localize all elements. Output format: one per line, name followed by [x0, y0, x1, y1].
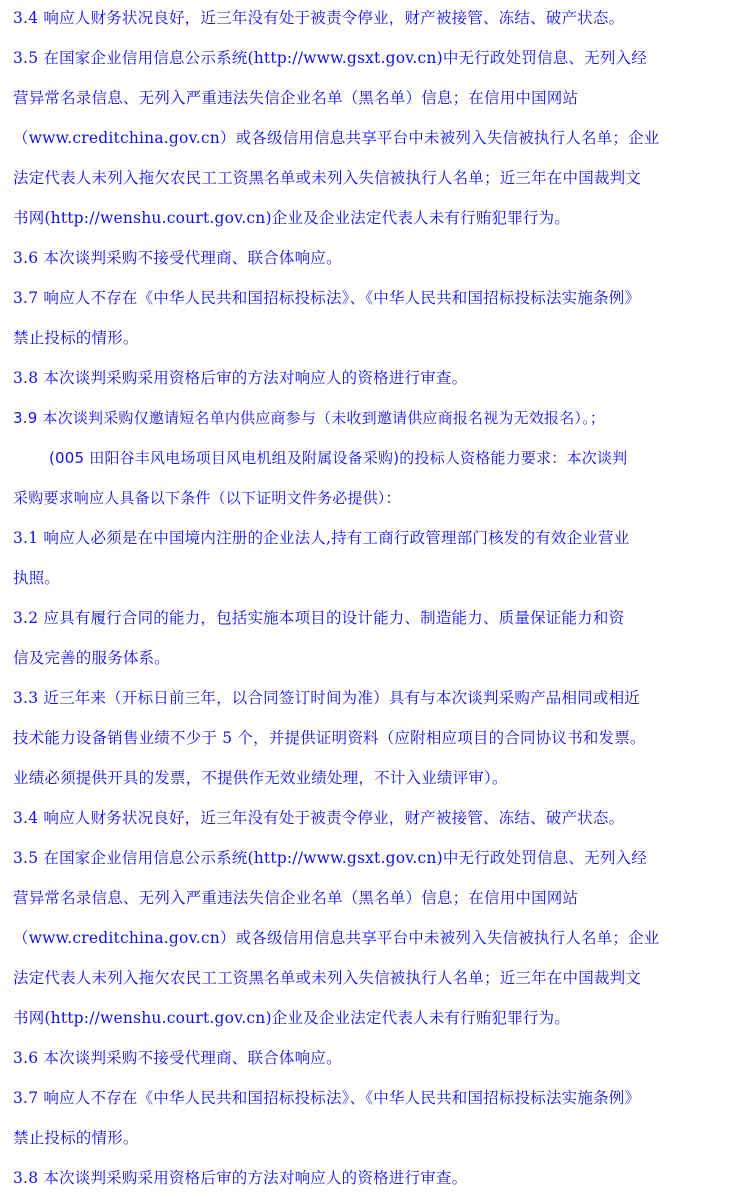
clause-3-9: 3.9 本次谈判采购仅邀请短名单内供应商参与（未收到邀请供应商报名视为无效报名）…: [13, 398, 725, 438]
text-line: 法定代表人未列入拖欠农民工工资黑名单或未列入失信被执行人名单；近三年在中国裁判文: [13, 158, 725, 198]
clause-3-1: 3.1 响应人必须是在中国境内注册的企业法人,持有工商行政管理部门核发的有效企业…: [13, 518, 725, 598]
text-line: 3.4 响应人财务状况良好，近三年没有处于被责令停业，财产被接管、冻结、破产状态…: [13, 0, 725, 38]
text-line: 3.7 响应人不存在《中华人民共和国招标投标法》、《中华人民共和国招标投标法实施…: [13, 278, 725, 318]
clause-3-4-lot-005: 3.4 响应人财务状况良好，近三年没有处于被责令停业，财产被接管、冻结、破产状态…: [13, 798, 725, 838]
text-line: （www.creditchina.gov.cn）或各级信用信息共享平台中未被列入…: [13, 118, 725, 158]
text-line: 信及完善的服务体系。: [13, 638, 725, 678]
text-line: 3.6 本次谈判采购不接受代理商、联合体响应。: [13, 238, 725, 278]
text-line: 禁止投标的情形。: [13, 1118, 725, 1158]
text-line: 业绩必须提供开具的发票，不提供作无效业绩处理，不计入业绩评审）。: [13, 758, 725, 798]
text-line: 3.5 在国家企业信用信息公示系统(http://www.gsxt.gov.cn…: [13, 838, 725, 878]
lot-005-requirements-intro: (005 田阳谷丰风电场项目风电机组及附属设备采购)的投标人资格能力要求：本次谈…: [13, 438, 725, 518]
clause-3-2: 3.2 应具有履行合同的能力，包括实施本项目的设计能力、制造能力、质量保证能力和…: [13, 598, 725, 678]
text-line: 禁止投标的情形。: [13, 318, 725, 358]
text-line: 3.6 本次谈判采购不接受代理商、联合体响应。: [13, 1038, 725, 1078]
text-line: 书网(http://wenshu.court.gov.cn)企业及企业法定代表人…: [13, 998, 725, 1038]
text-line: 3.8 本次谈判采购采用资格后审的方法对响应人的资格进行审查。: [13, 1158, 725, 1198]
clause-3-3: 3.3 近三年来（开标日前三年，以合同签订时间为准）具有与本次谈判采购产品相同或…: [13, 678, 725, 798]
clause-3-5-lot-005: 3.5 在国家企业信用信息公示系统(http://www.gsxt.gov.cn…: [13, 838, 725, 1038]
text-line: 3.3 近三年来（开标日前三年，以合同签订时间为准）具有与本次谈判采购产品相同或…: [13, 678, 725, 718]
text-line: 3.4 响应人财务状况良好，近三年没有处于被责令停业，财产被接管、冻结、破产状态…: [13, 798, 725, 838]
text-line: 书网(http://wenshu.court.gov.cn)企业及企业法定代表人…: [13, 198, 725, 238]
text-line: 执照。: [13, 558, 725, 598]
clause-3-7-lot-005: 3.7 响应人不存在《中华人民共和国招标投标法》、《中华人民共和国招标投标法实施…: [13, 1078, 725, 1158]
text-line: 3.9 本次谈判采购仅邀请短名单内供应商参与（未收到邀请供应商报名视为无效报名）…: [13, 398, 725, 438]
clause-3-6: 3.6 本次谈判采购不接受代理商、联合体响应。: [13, 238, 725, 278]
text-line: 3.5 在国家企业信用信息公示系统(http://www.gsxt.gov.cn…: [13, 38, 725, 78]
clause-3-7: 3.7 响应人不存在《中华人民共和国招标投标法》、《中华人民共和国招标投标法实施…: [13, 278, 725, 358]
clause-3-4: 3.4 响应人财务状况良好，近三年没有处于被责令停业，财产被接管、冻结、破产状态…: [13, 0, 725, 38]
clause-3-6-lot-005: 3.6 本次谈判采购不接受代理商、联合体响应。: [13, 1038, 725, 1078]
text-line: （www.creditchina.gov.cn）或各级信用信息共享平台中未被列入…: [13, 918, 725, 958]
text-line: 法定代表人未列入拖欠农民工工资黑名单或未列入失信被执行人名单；近三年在中国裁判文: [13, 958, 725, 998]
clause-3-8-lot-005: 3.8 本次谈判采购采用资格后审的方法对响应人的资格进行审查。: [13, 1158, 725, 1198]
text-line: 3.8 本次谈判采购采用资格后审的方法对响应人的资格进行审查。: [13, 358, 725, 398]
text-line: 营异常名录信息、无列入严重违法失信企业名单（黑名单）信息；在信用中国网站: [13, 878, 725, 918]
text-line: 3.2 应具有履行合同的能力，包括实施本项目的设计能力、制造能力、质量保证能力和…: [13, 598, 725, 638]
clause-3-8: 3.8 本次谈判采购采用资格后审的方法对响应人的资格进行审查。: [13, 358, 725, 398]
text-line: 3.7 响应人不存在《中华人民共和国招标投标法》、《中华人民共和国招标投标法实施…: [13, 1078, 725, 1118]
text-line: 采购要求响应人具备以下条件（以下证明文件务必提供）：: [13, 478, 725, 518]
document-body: 3.4 响应人财务状况良好，近三年没有处于被责令停业，财产被接管、冻结、破产状态…: [13, 0, 725, 1198]
text-line: (005 田阳谷丰风电场项目风电机组及附属设备采购)的投标人资格能力要求：本次谈…: [13, 438, 725, 478]
clause-3-5: 3.5 在国家企业信用信息公示系统(http://www.gsxt.gov.cn…: [13, 38, 725, 238]
text-line: 营异常名录信息、无列入严重违法失信企业名单（黑名单）信息；在信用中国网站: [13, 78, 725, 118]
text-line: 技术能力设备销售业绩不少于 5 个，并提供证明资料（应附相应项目的合同协议书和发…: [13, 718, 725, 758]
text-line: 3.1 响应人必须是在中国境内注册的企业法人,持有工商行政管理部门核发的有效企业…: [13, 518, 725, 558]
